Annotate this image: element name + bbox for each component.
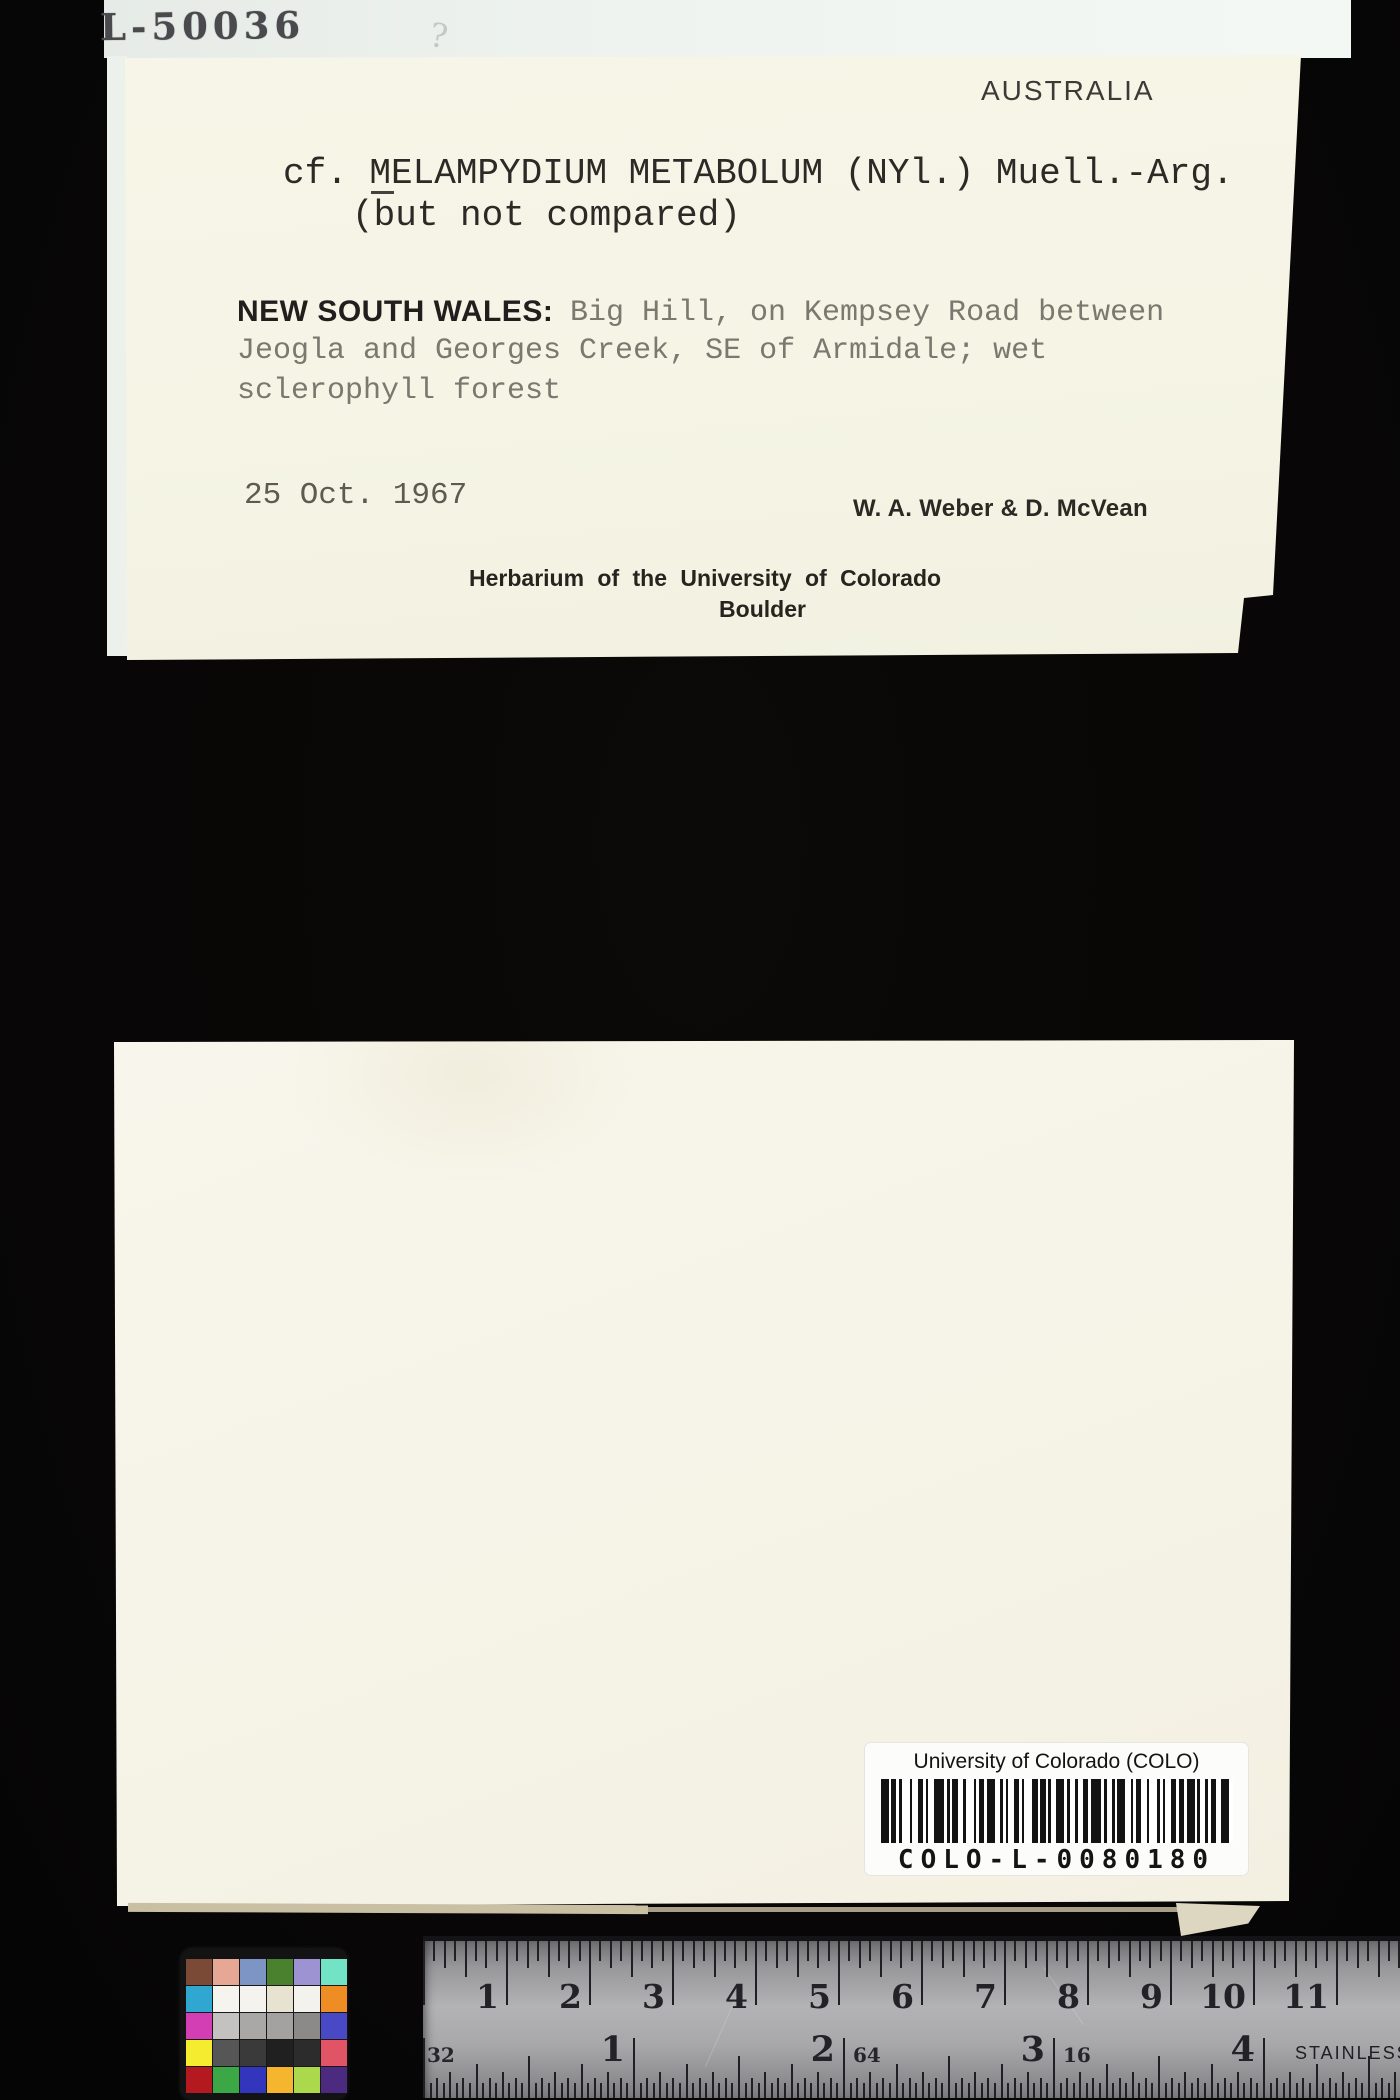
ruler-tick (994, 2083, 996, 2098)
ruler-tick (1033, 2083, 1035, 2098)
country-text: AUSTRALIA (981, 75, 1155, 107)
ruler-tick (600, 2083, 602, 2098)
ruler-tick (1381, 2078, 1383, 2098)
collection-date: 25 Oct. 1967 (244, 478, 467, 513)
ruler-tick (1053, 2038, 1055, 2098)
ruler-tick (1237, 2072, 1239, 2098)
herbarium-label: AUSTRALIA cf. MELAMPYDIUM METABOLUM (NYl… (125, 55, 1301, 661)
ruler-tick (973, 1941, 975, 1961)
ruler-tick (587, 2083, 589, 2098)
ruler-tick (1132, 2072, 1134, 2098)
ruler-tick (1099, 2083, 1101, 2098)
ruler-tick (859, 1941, 861, 1968)
ruler-tick (1139, 1941, 1141, 1961)
ruler-tick (890, 1941, 892, 1961)
ruler-tick (1145, 2078, 1147, 2098)
ruler-tick (666, 2083, 668, 2098)
color-chip (213, 1959, 239, 1985)
color-chip (240, 2040, 266, 2066)
ruler-tick (502, 2072, 504, 2098)
ruler-tick (1276, 2078, 1278, 2098)
ruler-tick (646, 2078, 648, 2098)
ruler-tick (1151, 2083, 1153, 2098)
locality-line-3: sclerophyll forest (237, 374, 561, 408)
color-chip (213, 2040, 239, 2066)
ruler-tick (1119, 2078, 1121, 2098)
ruler-number: 3 (1021, 2029, 1045, 2070)
ruler-tick (495, 2083, 497, 2098)
ruler-number: 2 (811, 2029, 835, 2070)
color-chip (267, 2067, 293, 2093)
ruler-tick (869, 2072, 871, 2098)
ruler-tick (1191, 2083, 1193, 2098)
barcode-bar (987, 1779, 995, 1843)
ruler-tick (838, 1941, 840, 2005)
ruler-tick (558, 1941, 560, 1961)
ruler-tick (1342, 2072, 1344, 2098)
ruler-tick (527, 1941, 529, 1968)
ruler-tick (1375, 2083, 1377, 2098)
ruler-tick (1305, 1941, 1307, 1961)
ruler-tick (1014, 2078, 1016, 2098)
ruler-tick (454, 1941, 456, 1961)
ruler-tick (823, 2083, 825, 2098)
ruler-tick (764, 2072, 766, 2098)
ruler-tick (909, 2078, 911, 2098)
ruler-tick (1086, 2083, 1088, 2098)
ruler-number: 8 (1057, 1977, 1080, 2016)
collectors-text: W. A. Weber & D. McVean (853, 495, 1148, 523)
ruler-tick (465, 1941, 467, 1977)
ruler-tick (1087, 1941, 1089, 2005)
ruler-tick (928, 2083, 930, 2098)
ruler-tick (1283, 2083, 1285, 2098)
ruler-tick (1056, 1941, 1058, 1961)
ruler-tick (1367, 1941, 1369, 1961)
ruler-tick (1335, 2083, 1337, 2098)
ruler-tick (1355, 2078, 1357, 2098)
barcode-bar (934, 1779, 945, 1843)
ruler-tick (963, 1941, 965, 1977)
ruler-tick (1388, 2083, 1390, 2098)
ruler-tick (807, 1941, 809, 1961)
ruler-tick (1079, 2072, 1081, 2098)
ruler-tick (714, 1941, 716, 1977)
ruler-tick (1302, 2078, 1304, 2098)
ruler-tick (581, 2064, 583, 2098)
ruler-tick (1224, 2078, 1226, 2098)
ruler-tick (968, 2083, 970, 2098)
ruler-tick (786, 1941, 788, 1961)
specimen-photo: L-50036 ? AUSTRALIA cf. MELAMPYDIUM META… (0, 0, 1400, 2100)
ruler-tick (633, 2038, 635, 2098)
ruler-tick (755, 1941, 757, 2005)
ruler-tick (1040, 2078, 1042, 2098)
ruler-tick (900, 1941, 902, 1968)
ruler-tick (506, 1941, 508, 2005)
ruler-tick (1230, 2083, 1232, 2098)
ruler-tick (850, 2083, 852, 2098)
color-chip (240, 1959, 266, 1985)
ruler-tick (703, 1941, 705, 1961)
ruler-number: 10 (1200, 1977, 1246, 2016)
ruler-tick (1250, 2078, 1252, 2098)
ruler-tick (607, 2072, 609, 2098)
ruler-tick (482, 2083, 484, 2098)
barcode-bar (1187, 1779, 1195, 1843)
ruler-number: 9 (1140, 1977, 1163, 2016)
color-chip (321, 1959, 347, 1985)
ruler-tick (1129, 1941, 1131, 1977)
ruler-number: 6 (891, 1977, 914, 2016)
color-chip (186, 2040, 212, 2066)
ruler-number: 2 (559, 1977, 582, 2016)
ruler-tick (1066, 2078, 1068, 2098)
ruler-tick (692, 2083, 694, 2098)
locality-line-2: Jeogla and Georges Creek, SE of Armidale… (237, 334, 1047, 368)
ruler-number: 1 (476, 1977, 499, 2016)
ruler-tick (724, 1941, 726, 1961)
ruler-tick (1180, 1941, 1182, 1961)
color-chip (213, 2013, 239, 2039)
barcode-bar (1149, 1779, 1157, 1843)
ruler-tick (1295, 1941, 1297, 1977)
ruler-tick (1368, 2056, 1370, 2098)
ruler-tick (1020, 2083, 1022, 2098)
ruler-tick (554, 2072, 556, 2098)
ruler-tick (921, 1941, 923, 2005)
ruler-tick (797, 1941, 799, 1977)
barcode-bar (1024, 1779, 1032, 1843)
ruler-tick (1165, 2083, 1167, 2098)
ruler-tick (1178, 2083, 1180, 2098)
ruler-tick (718, 2083, 720, 2098)
ruler-tick (1212, 1941, 1214, 1977)
ruler-tick (423, 2038, 425, 2098)
ruler-tick (745, 1941, 747, 1961)
ruler-tick (994, 1941, 996, 1961)
color-chip (294, 1986, 320, 2012)
ruler-tick (579, 1941, 581, 1961)
ruler-tick (1243, 1941, 1245, 1961)
ruler-tick (537, 1941, 539, 1961)
ruler-tick (1346, 1941, 1348, 1961)
ruler-tick (931, 1941, 933, 1961)
ruler-tick (1027, 2072, 1029, 2098)
ruler-number: 11 (1283, 1977, 1329, 2016)
ruler-tick (496, 1941, 498, 1961)
ruler-tick (443, 2083, 445, 2098)
ruler-tick (682, 1941, 684, 1961)
ruler-tick (1014, 1941, 1016, 1961)
ruler-tick (1007, 2083, 1009, 2098)
ruler-number: 4 (1231, 2029, 1255, 2070)
ruler-tick (952, 1941, 954, 1961)
color-checker-grid (186, 1959, 347, 2093)
ruler-tick (817, 1941, 819, 1968)
ruler-tick (1001, 2064, 1003, 2098)
ruler-tick (567, 2078, 569, 2098)
ruler-tick (449, 2072, 451, 2098)
ruler-brand-text: STAINLESS ST (1295, 2043, 1400, 2064)
taxon-note: (but not compared) (352, 195, 741, 236)
ruler-tick (725, 2078, 727, 2098)
ruler-tick (734, 1941, 736, 1968)
ruler-tick (712, 2072, 714, 2098)
ruler-tick (1296, 2083, 1298, 2098)
ruler-tick (631, 1941, 633, 1977)
ruler-tick (1243, 2083, 1245, 2098)
ruler-tick (935, 2078, 937, 2098)
ruler-tick (896, 2064, 898, 2098)
ruler-tick (456, 2083, 458, 2098)
ruler-number: 32 (427, 2043, 455, 2067)
ruler-tick (1060, 2083, 1062, 2098)
color-chip (186, 1986, 212, 2012)
ruler-tick (1326, 1941, 1328, 1961)
ruler-tick (1004, 1941, 1006, 2005)
color-chip (294, 2067, 320, 2093)
ruler-tick (672, 2078, 674, 2098)
color-chip (267, 2040, 293, 2066)
ruler-tick (1112, 2083, 1114, 2098)
ruler-tick (1170, 1941, 1172, 2005)
ruler-tick (430, 2083, 432, 2098)
color-calibration-card (180, 1948, 348, 2100)
ruler-tick (1108, 1941, 1110, 1968)
ruler-tick (620, 2078, 622, 2098)
ruler-tick (1256, 2083, 1258, 2098)
ruler-tick (830, 2078, 832, 2098)
ruler-tick (535, 2083, 537, 2098)
ruler-tick (1222, 1941, 1224, 1961)
ruler-tick (804, 2078, 806, 2098)
ruler-tick (1217, 2083, 1219, 2098)
ruler-tick (1125, 2083, 1127, 2098)
ruler-tick (981, 2083, 983, 2098)
ruler-tick (1336, 1941, 1338, 2005)
ruler-tick (922, 2072, 924, 2098)
ruler-number: 64 (853, 2043, 881, 2067)
ruler-tick (508, 2083, 510, 2098)
taxon-line: cf. MELAMPYDIUM METABOLUM (NYl.) Muell.-… (283, 153, 1234, 194)
ruler-tick (686, 2064, 688, 2098)
ruler-tick (1092, 2078, 1094, 2098)
color-chip (213, 1986, 239, 2012)
color-chip (294, 2040, 320, 2066)
institution-line-2: Boulder (470, 596, 1055, 623)
ruler-tick (462, 2078, 464, 2098)
ruler-tick (613, 2083, 615, 2098)
barcode-code-text: COLO-L-0080180 (865, 1845, 1248, 1875)
region-heading: NEW SOUTH WALES: (237, 295, 553, 329)
color-chip (186, 2013, 212, 2039)
ruler-tick (948, 2056, 950, 2098)
ruler-tick (599, 1941, 601, 1961)
ruler-tick (1274, 1941, 1276, 1968)
barcode-bar (966, 1779, 974, 1843)
ruler-tick (911, 1941, 913, 1961)
barcode-bar (1091, 1779, 1102, 1843)
ruler-tick (1046, 2083, 1048, 2098)
ruler-tick (1138, 2083, 1140, 2098)
ruler-tick (1322, 2083, 1324, 2098)
ruler-tick (817, 2072, 819, 2098)
institution-line-1: Herbarium of the University of Colorado (469, 565, 941, 592)
ruler-tick (1158, 2056, 1160, 2098)
ruler-tick (784, 2083, 786, 2098)
ruler-tick (738, 2056, 740, 2098)
ruler-tick (961, 2078, 963, 2098)
ruler-tick (848, 1941, 850, 1961)
ruler-tick (641, 1941, 643, 1961)
locality-line-1: Big Hill, on Kempsey Road between (570, 296, 1164, 330)
barcode-bar (1056, 1779, 1064, 1843)
ruler-tick (594, 2078, 596, 2098)
ruler-tick (751, 2078, 753, 2098)
ruler-tick (942, 1941, 944, 1968)
ruler-number: 7 (974, 1977, 997, 2016)
ruler-tick (810, 2083, 812, 2098)
color-chip (267, 2013, 293, 2039)
ruler-tick (1171, 2078, 1173, 2098)
ruler-tick (1394, 2072, 1396, 2098)
ruler-tick (693, 1941, 695, 1968)
ruler-tick (1329, 2078, 1331, 2098)
barcode-bar (1117, 1779, 1125, 1843)
ruler-tick (699, 2078, 701, 2098)
color-chip (267, 1986, 293, 2012)
ruler-tick (548, 2083, 550, 2098)
ruler-tick (876, 2083, 878, 2098)
ruler-tick (489, 2078, 491, 2098)
ruler-tick (528, 2056, 530, 2098)
ruler-tick (1232, 1941, 1234, 1968)
typewriter-underline-mark (371, 191, 394, 194)
ruler-tick (541, 2078, 543, 2098)
ruler-tick (1263, 1941, 1265, 1961)
ruler-tick (620, 1941, 622, 1961)
barcode-bar (902, 1779, 910, 1843)
color-chip (294, 1959, 320, 1985)
ruler-tick (856, 2078, 858, 2098)
ruler-tick (955, 2083, 957, 2098)
stacked-sheet-corner (1176, 1903, 1260, 1936)
ruler-tick (589, 1941, 591, 2005)
ruler-tick (902, 2083, 904, 2098)
ruler-number: 4 (725, 1977, 748, 2016)
ruler-tick (843, 2038, 845, 2098)
ruler-tick (433, 1941, 435, 1961)
ruler-tick (1270, 2083, 1272, 2098)
ruler-tick (1097, 1941, 1099, 1961)
ruler-tick (987, 2078, 989, 2098)
ruler-tick (653, 2083, 655, 2098)
barcode-title: University of Colorado (COLO) (865, 1750, 1248, 1774)
accession-number-stamp: L-50036 (100, 3, 306, 49)
color-chip (186, 1959, 212, 1985)
ruler-tick (1184, 2072, 1186, 2098)
color-chip (321, 2067, 347, 2093)
ruler-tick (1046, 1941, 1048, 1977)
barcode-stripes (881, 1779, 1233, 1843)
ruler-tick (610, 1941, 612, 1968)
ruler-tick (1149, 1941, 1151, 1968)
ruler-tick (1160, 1941, 1162, 1961)
ruler-tick (882, 2078, 884, 2098)
ruler-tick (1253, 1941, 1255, 2005)
color-chip (321, 2040, 347, 2066)
stacked-sheet-edge (128, 1903, 648, 1914)
ruler-tick (1316, 2064, 1318, 2098)
ruler-tick (1284, 1941, 1286, 1961)
color-chip (186, 2067, 212, 2093)
ruler-tick (1211, 2064, 1213, 2098)
ruler-number: 5 (808, 1977, 831, 2016)
stacked-sheet-edge (648, 1907, 1213, 1912)
ruler-tick (662, 1941, 664, 1961)
ruler-tick (1388, 1941, 1390, 1961)
ruler-tick (863, 2083, 865, 2098)
ruler-tick (485, 1941, 487, 1968)
ruler-tick (797, 2083, 799, 2098)
ruler-tick (1106, 2064, 1108, 2098)
ruler-tick (1204, 2083, 1206, 2098)
ruler-tick (765, 1941, 767, 1961)
ruler-tick (1263, 2038, 1265, 2098)
ruler-tick (915, 2083, 917, 2098)
color-chip (321, 1986, 347, 2012)
ruler-tick (1361, 2083, 1363, 2098)
ruler-tick (423, 1941, 425, 2005)
ruler-tick (640, 2083, 642, 2098)
ruler-tick (1066, 1941, 1068, 1968)
ruler-tick (745, 2083, 747, 2098)
ruler-number: 3 (642, 1977, 665, 2016)
ruler-tick (1378, 1941, 1380, 1977)
ruler-tick (758, 2083, 760, 2098)
ruler-tick (436, 2078, 438, 2098)
ruler-tick (1035, 1941, 1037, 1961)
ruler-tick (791, 2064, 793, 2098)
ruler-tick (1118, 1941, 1120, 1961)
ruler-tick (475, 1941, 477, 1961)
ruler-tick (869, 1941, 871, 1961)
ruler-tick (651, 1941, 653, 1968)
ruler-tick (777, 2078, 779, 2098)
ruler-tick (836, 2083, 838, 2098)
ruler-tick (672, 1941, 674, 2005)
ruler-tick (659, 2072, 661, 2098)
ruler-tick (561, 2083, 563, 2098)
ruler-tick (1197, 2078, 1199, 2098)
ruler-tick (941, 2083, 943, 2098)
ruler-tick (828, 1941, 830, 1961)
color-chip (240, 2013, 266, 2039)
ruler-tick (880, 1941, 882, 1977)
ruler-tick (469, 2083, 471, 2098)
ruler-tick (516, 1941, 518, 1961)
ruler-tick (476, 2064, 478, 2098)
ruler-number: 1 (601, 2029, 625, 2070)
ruler-tick (889, 2083, 891, 2098)
under-card-left-edge (107, 56, 127, 656)
ruler-tick (515, 2078, 517, 2098)
ruler-tick (679, 2083, 681, 2098)
ruler-tick (1309, 2083, 1311, 2098)
ruler-tick (1191, 1941, 1193, 1968)
color-chip (294, 2013, 320, 2039)
